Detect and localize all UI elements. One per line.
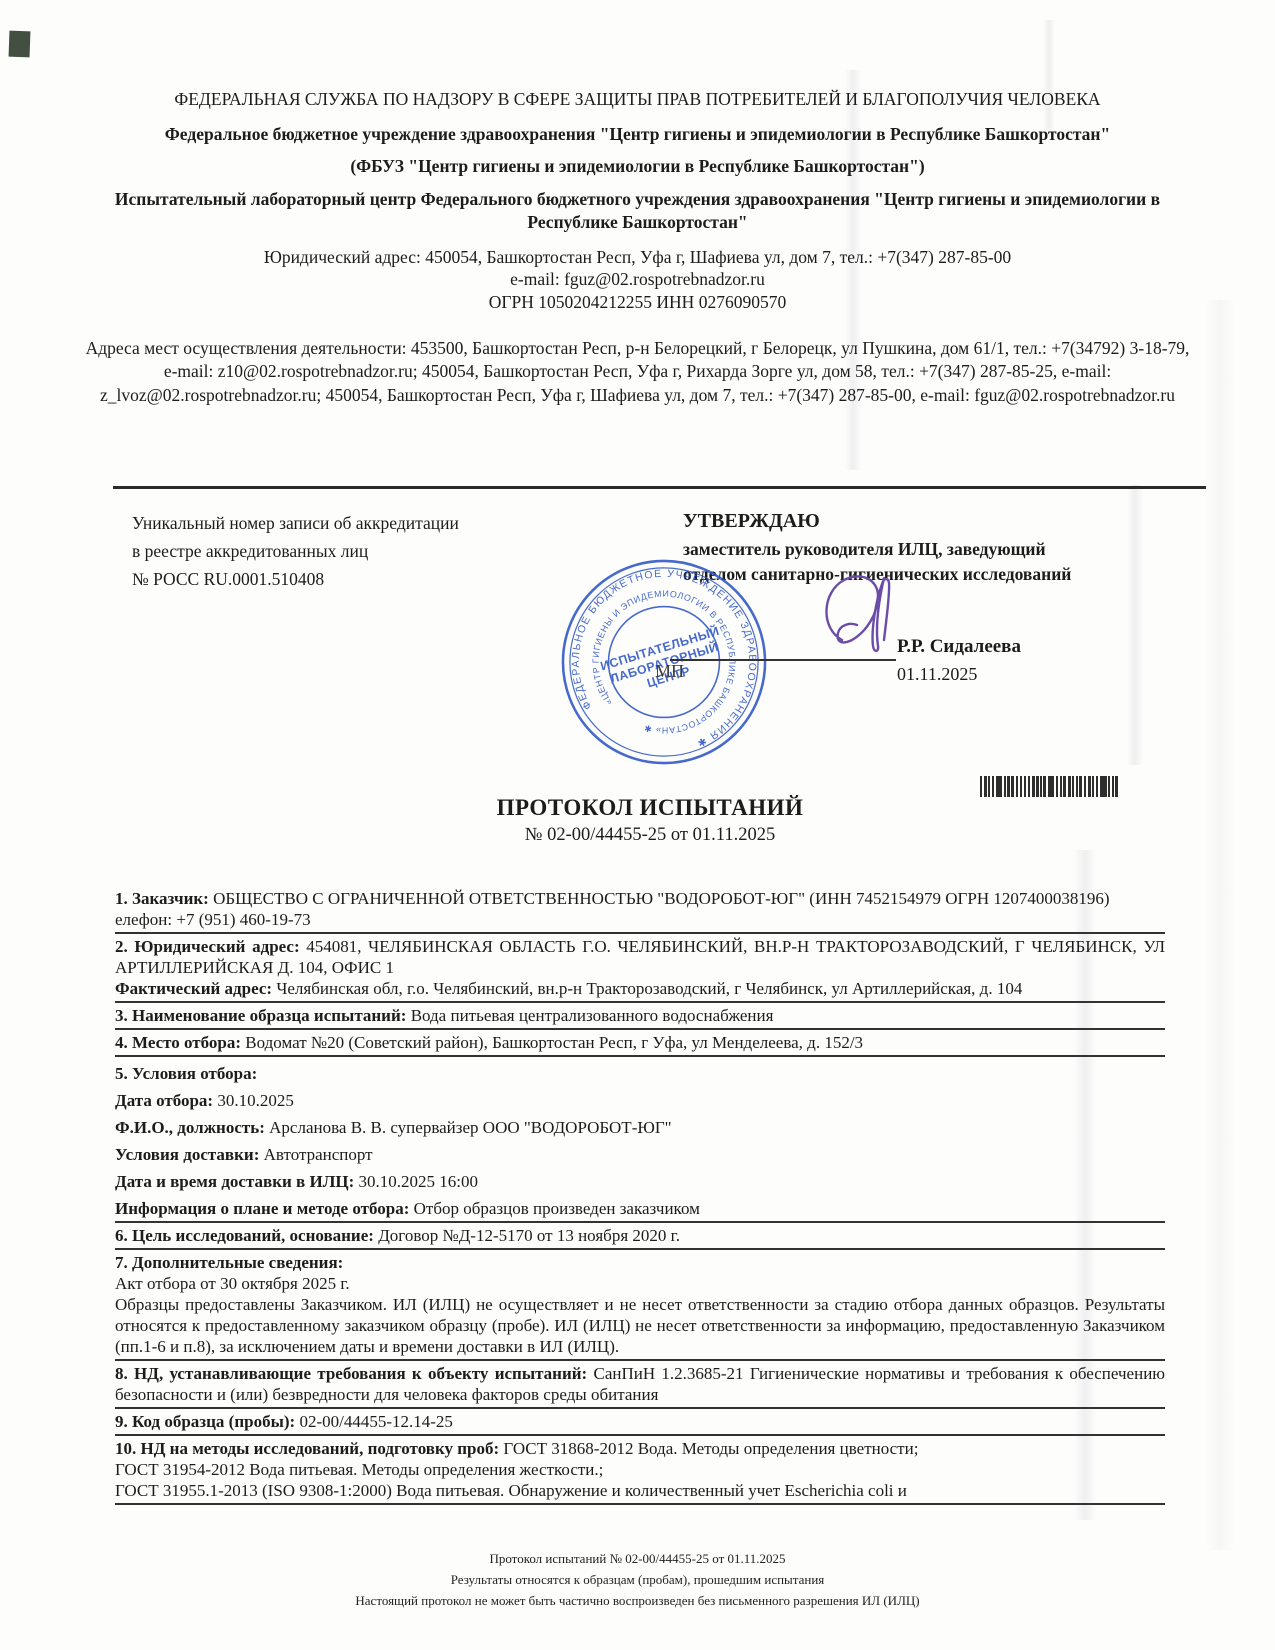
field-requirements-nd: 8. НД, устанавливающие требования к объе…	[115, 1363, 1165, 1405]
handwritten-signature	[812, 570, 904, 666]
federal-service-name: ФЕДЕРАЛЬНАЯ СЛУЖБА ПО НАДЗОРУ В СФЕРЕ ЗА…	[85, 88, 1190, 110]
field-label: Дата отбора:	[115, 1091, 213, 1110]
field-value: 30.10.2025	[213, 1091, 294, 1110]
field-methods-nd-3: ГОСТ 31955.1-2013 (ISO 9308-1:2000) Вода…	[115, 1480, 1165, 1501]
field-sampler-name: Ф.И.О., должность: Арсланова В. В. супер…	[115, 1117, 1165, 1138]
field-label: Фактический адрес:	[115, 979, 272, 998]
approver-name: Р.Р. Сидалеева	[897, 636, 1021, 658]
field-value: Водомат №20 (Советский район), Башкортос…	[241, 1033, 863, 1052]
field-value: Акт отбора от 30 октября 2025 г.	[115, 1274, 350, 1293]
field-sample-code: 9. Код образца (пробы): 02-00/44455-12.1…	[115, 1411, 1165, 1432]
field-value: Автотранспорт	[259, 1145, 372, 1164]
approval-title: УТВЕРЖДАЮ	[683, 509, 1123, 533]
accreditation-block: Уникальный номер записи об аккредитации …	[132, 509, 532, 593]
field-label: Информация о плане и методе отбора:	[115, 1199, 409, 1218]
org-email: e-mail: fguz@02.rospotrebnadzor.ru	[85, 268, 1190, 290]
field-sampling-conditions: 5. Условия отбора:	[115, 1063, 1165, 1084]
field-label: 10. НД на методы исследований, подготовк…	[115, 1439, 499, 1458]
field-value: Договор №Д-12-5170 от 13 ноября 2020 г.	[374, 1226, 680, 1245]
separator-line	[115, 1055, 1165, 1057]
document-title: ПРОТОКОЛ ИСПЫТАНИЙ	[0, 795, 1275, 821]
separator-line	[115, 1248, 1165, 1250]
accreditation-number: № РОСС RU.0001.510408	[132, 565, 532, 593]
separator-line	[115, 932, 1165, 934]
separator-line	[115, 1434, 1165, 1436]
page-footer: Протокол испытаний № 02-00/44455-25 от 0…	[0, 1548, 1275, 1611]
header-separator-line	[113, 486, 1206, 489]
field-label: 7. Дополнительные сведения:	[115, 1253, 343, 1272]
scan-streak	[1205, 300, 1235, 1550]
field-sampling-plan-info: Информация о плане и методе отбора: Отбо…	[115, 1198, 1165, 1219]
separator-line	[115, 1001, 1165, 1003]
field-sampling-place: 4. Место отбора: Водомат №20 (Советский …	[115, 1032, 1165, 1053]
mp-seal-placeholder: МП	[655, 661, 684, 682]
field-additional-info: 7. Дополнительные сведения:	[115, 1252, 1165, 1273]
field-delivery-conditions: Условия доставки: Автотранспорт	[115, 1144, 1165, 1165]
footer-reproduction-note: Настоящий протокол не может быть частичн…	[0, 1590, 1275, 1611]
field-label: 9. Код образца (пробы):	[115, 1412, 295, 1431]
document-title-block: ПРОТОКОЛ ИСПЫТАНИЙ № 02-00/44455-25 от 0…	[0, 795, 1275, 846]
field-value: 30.10.2025 16:00	[354, 1172, 478, 1191]
field-label: 5. Условия отбора:	[115, 1064, 257, 1083]
field-value: Вода питьевая централизованного водоснаб…	[406, 1006, 773, 1025]
scan-streak	[1127, 485, 1143, 765]
letterhead: ФЕДЕРАЛЬНАЯ СЛУЖБА ПО НАДЗОРУ В СФЕРЕ ЗА…	[85, 88, 1190, 407]
scan-corner-mark	[9, 31, 31, 58]
document-number: № 02-00/44455-25 от 01.11.2025	[0, 825, 1275, 846]
separator-line	[115, 1407, 1165, 1409]
separator-line	[115, 1503, 1165, 1505]
field-value: ОБЩЕСТВО С ОГРАНИЧЕННОЙ ОТВЕТСТВЕННОСТЬЮ…	[115, 889, 1110, 929]
field-value: Отбор образцов произведен заказчиком	[409, 1199, 700, 1218]
field-methods-nd-1: 10. НД на методы исследований, подготовк…	[115, 1438, 1165, 1459]
separator-line	[115, 1359, 1165, 1361]
field-label: 8. НД, устанавливающие требования к объе…	[115, 1364, 587, 1383]
field-delivery-datetime: Дата и время доставки в ИЛЦ: 30.10.2025 …	[115, 1171, 1165, 1192]
footer-results-note: Результаты относятся к образцам (пробам)…	[0, 1569, 1275, 1590]
field-value: ГОСТ 31868-2012 Вода. Методы определения…	[499, 1439, 918, 1458]
field-label: Ф.И.О., должность:	[115, 1118, 265, 1137]
approval-date: 01.11.2025	[897, 664, 977, 685]
field-value: Образцы предоставлены Заказчиком. ИЛ (ИЛ…	[115, 1295, 1165, 1356]
field-sampling-act: Акт отбора от 30 октября 2025 г.	[115, 1273, 1165, 1294]
legal-address: Юридический адрес: 450054, Башкортостан …	[85, 246, 1190, 268]
activity-addresses: Адреса мест осуществления деятельности: …	[85, 337, 1190, 407]
org-ogrn-inn: ОГРН 1050204212255 ИНН 0276090570	[85, 291, 1190, 313]
separator-line	[115, 1028, 1165, 1030]
accreditation-line: в реестре аккредитованных лиц	[132, 537, 532, 565]
barcode	[980, 776, 1118, 797]
accreditation-line: Уникальный номер записи об аккредитации	[132, 509, 532, 537]
field-label: Условия доставки:	[115, 1145, 259, 1164]
organization-name: Федеральное бюджетное учреждение здравоо…	[85, 123, 1190, 145]
field-actual-address: Фактический адрес: Челябинская обл, г.о.…	[115, 978, 1165, 999]
document-page: ФЕДЕРАЛЬНАЯ СЛУЖБА ПО НАДЗОРУ В СФЕРЕ ЗА…	[0, 0, 1275, 1650]
field-value: 02-00/44455-12.14-25	[295, 1412, 453, 1431]
field-label: 6. Цель исследований, основание:	[115, 1226, 374, 1245]
field-purpose: 6. Цель исследований, основание: Договор…	[115, 1225, 1165, 1246]
field-value: ГОСТ 31954-2012 Вода питьевая. Методы оп…	[115, 1460, 603, 1479]
field-value: Челябинская обл, г.о. Челябинский, вн.р-…	[272, 979, 1022, 998]
field-value: Арсланова В. В. супервайзер ООО "ВОДОРОБ…	[265, 1118, 672, 1137]
field-methods-nd-2: ГОСТ 31954-2012 Вода питьевая. Методы оп…	[115, 1459, 1165, 1480]
testing-lab-center-name: Испытательный лабораторный центр Федерал…	[85, 188, 1190, 233]
field-label: 3. Наименование образца испытаний:	[115, 1006, 406, 1025]
field-label: 2. Юридический адрес:	[115, 937, 300, 956]
field-label: 4. Место отбора:	[115, 1033, 241, 1052]
field-customer: 1. Заказчик: ОБЩЕСТВО С ОГРАНИЧЕННОЙ ОТВ…	[115, 888, 1165, 930]
field-label: Дата и время доставки в ИЛЦ:	[115, 1172, 354, 1191]
footer-protocol-number: Протокол испытаний № 02-00/44455-25 от 0…	[0, 1548, 1275, 1569]
field-legal-address: 2. Юридический адрес: 454081, ЧЕЛЯБИНСКА…	[115, 936, 1165, 978]
field-label: 1. Заказчик:	[115, 889, 209, 908]
protocol-body: 1. Заказчик: ОБЩЕСТВО С ОГРАНИЧЕННОЙ ОТВ…	[115, 888, 1165, 1507]
separator-line	[115, 1221, 1165, 1223]
field-disclaimer: Образцы предоставлены Заказчиком. ИЛ (ИЛ…	[115, 1294, 1165, 1357]
field-value: ГОСТ 31955.1-2013 (ISO 9308-1:2000) Вода…	[115, 1481, 907, 1500]
field-sample-name: 3. Наименование образца испытаний: Вода …	[115, 1005, 1165, 1026]
organization-short-name: (ФБУЗ "Центр гигиены и эпидемиологии в Р…	[85, 155, 1190, 177]
field-sampling-date: Дата отбора: 30.10.2025	[115, 1090, 1165, 1111]
